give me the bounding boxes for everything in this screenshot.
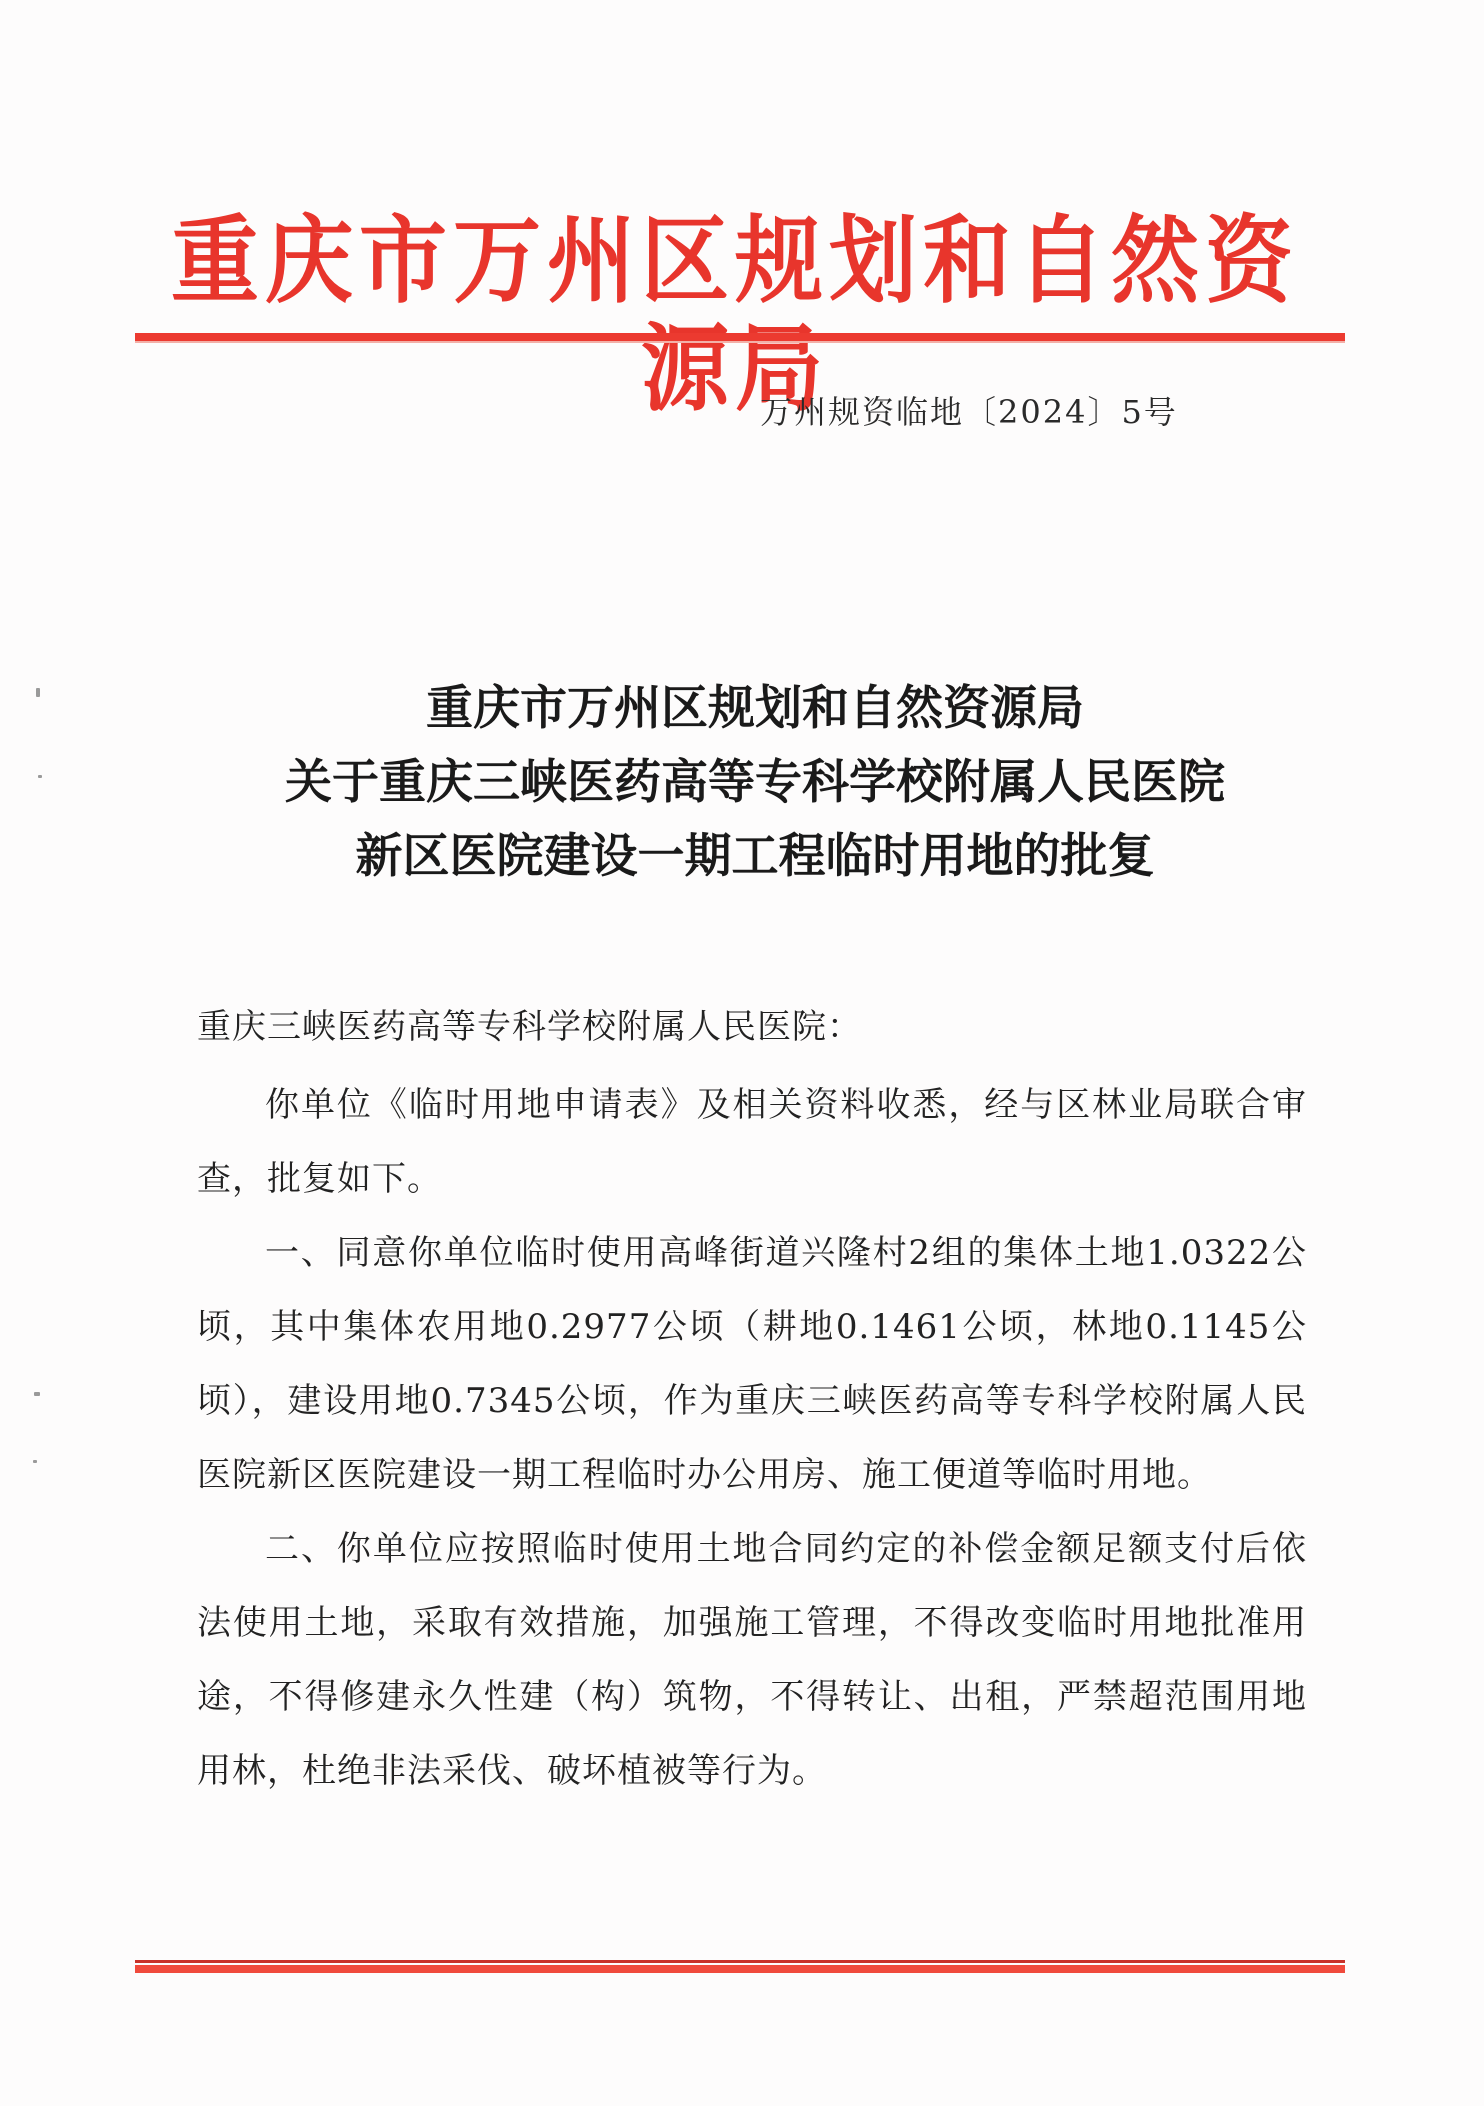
paragraph-item-1: 一、同意你单位临时使用高峰街道兴隆村2组的集体土地1.0322公顷，其中集体农用…	[197, 1216, 1307, 1512]
document-page: 重庆市万州区规划和自然资源局 万州规资临地〔2024〕5号 重庆市万州区规划和自…	[0, 0, 1484, 2106]
footer-rule-thin	[135, 1960, 1345, 1963]
title-line-2: 关于重庆三峡医药高等专科学校附属人民医院	[180, 746, 1330, 820]
paragraph-intro: 你单位《临时用地申请表》及相关资料收悉，经与区林业局联合审查，批复如下。	[197, 1068, 1307, 1216]
document-number: 万州规资临地〔2024〕5号	[760, 387, 1178, 433]
paragraph-item-2: 二、你单位应按照临时使用土地合同约定的补偿金额足额支付后依法使用土地，采取有效措…	[197, 1512, 1307, 1808]
letterhead-red-rule	[135, 333, 1345, 343]
document-body: 重庆三峡医药高等专科学校附属人民医院： 你单位《临时用地申请表》及相关资料收悉，…	[197, 990, 1307, 1808]
scan-speck	[36, 688, 40, 697]
title-line-1: 重庆市万州区规划和自然资源局	[180, 672, 1330, 746]
addressee: 重庆三峡医药高等专科学校附属人民医院：	[197, 990, 1307, 1064]
footer-red-rule	[135, 1960, 1345, 1973]
scan-speck	[38, 775, 42, 778]
scan-speck	[33, 1460, 37, 1463]
footer-rule-thick	[135, 1965, 1345, 1973]
scan-speck	[34, 1392, 40, 1396]
title-line-3: 新区医院建设一期工程临时用地的批复	[180, 820, 1330, 894]
document-title: 重庆市万州区规划和自然资源局 关于重庆三峡医药高等专科学校附属人民医院 新区医院…	[180, 672, 1330, 894]
